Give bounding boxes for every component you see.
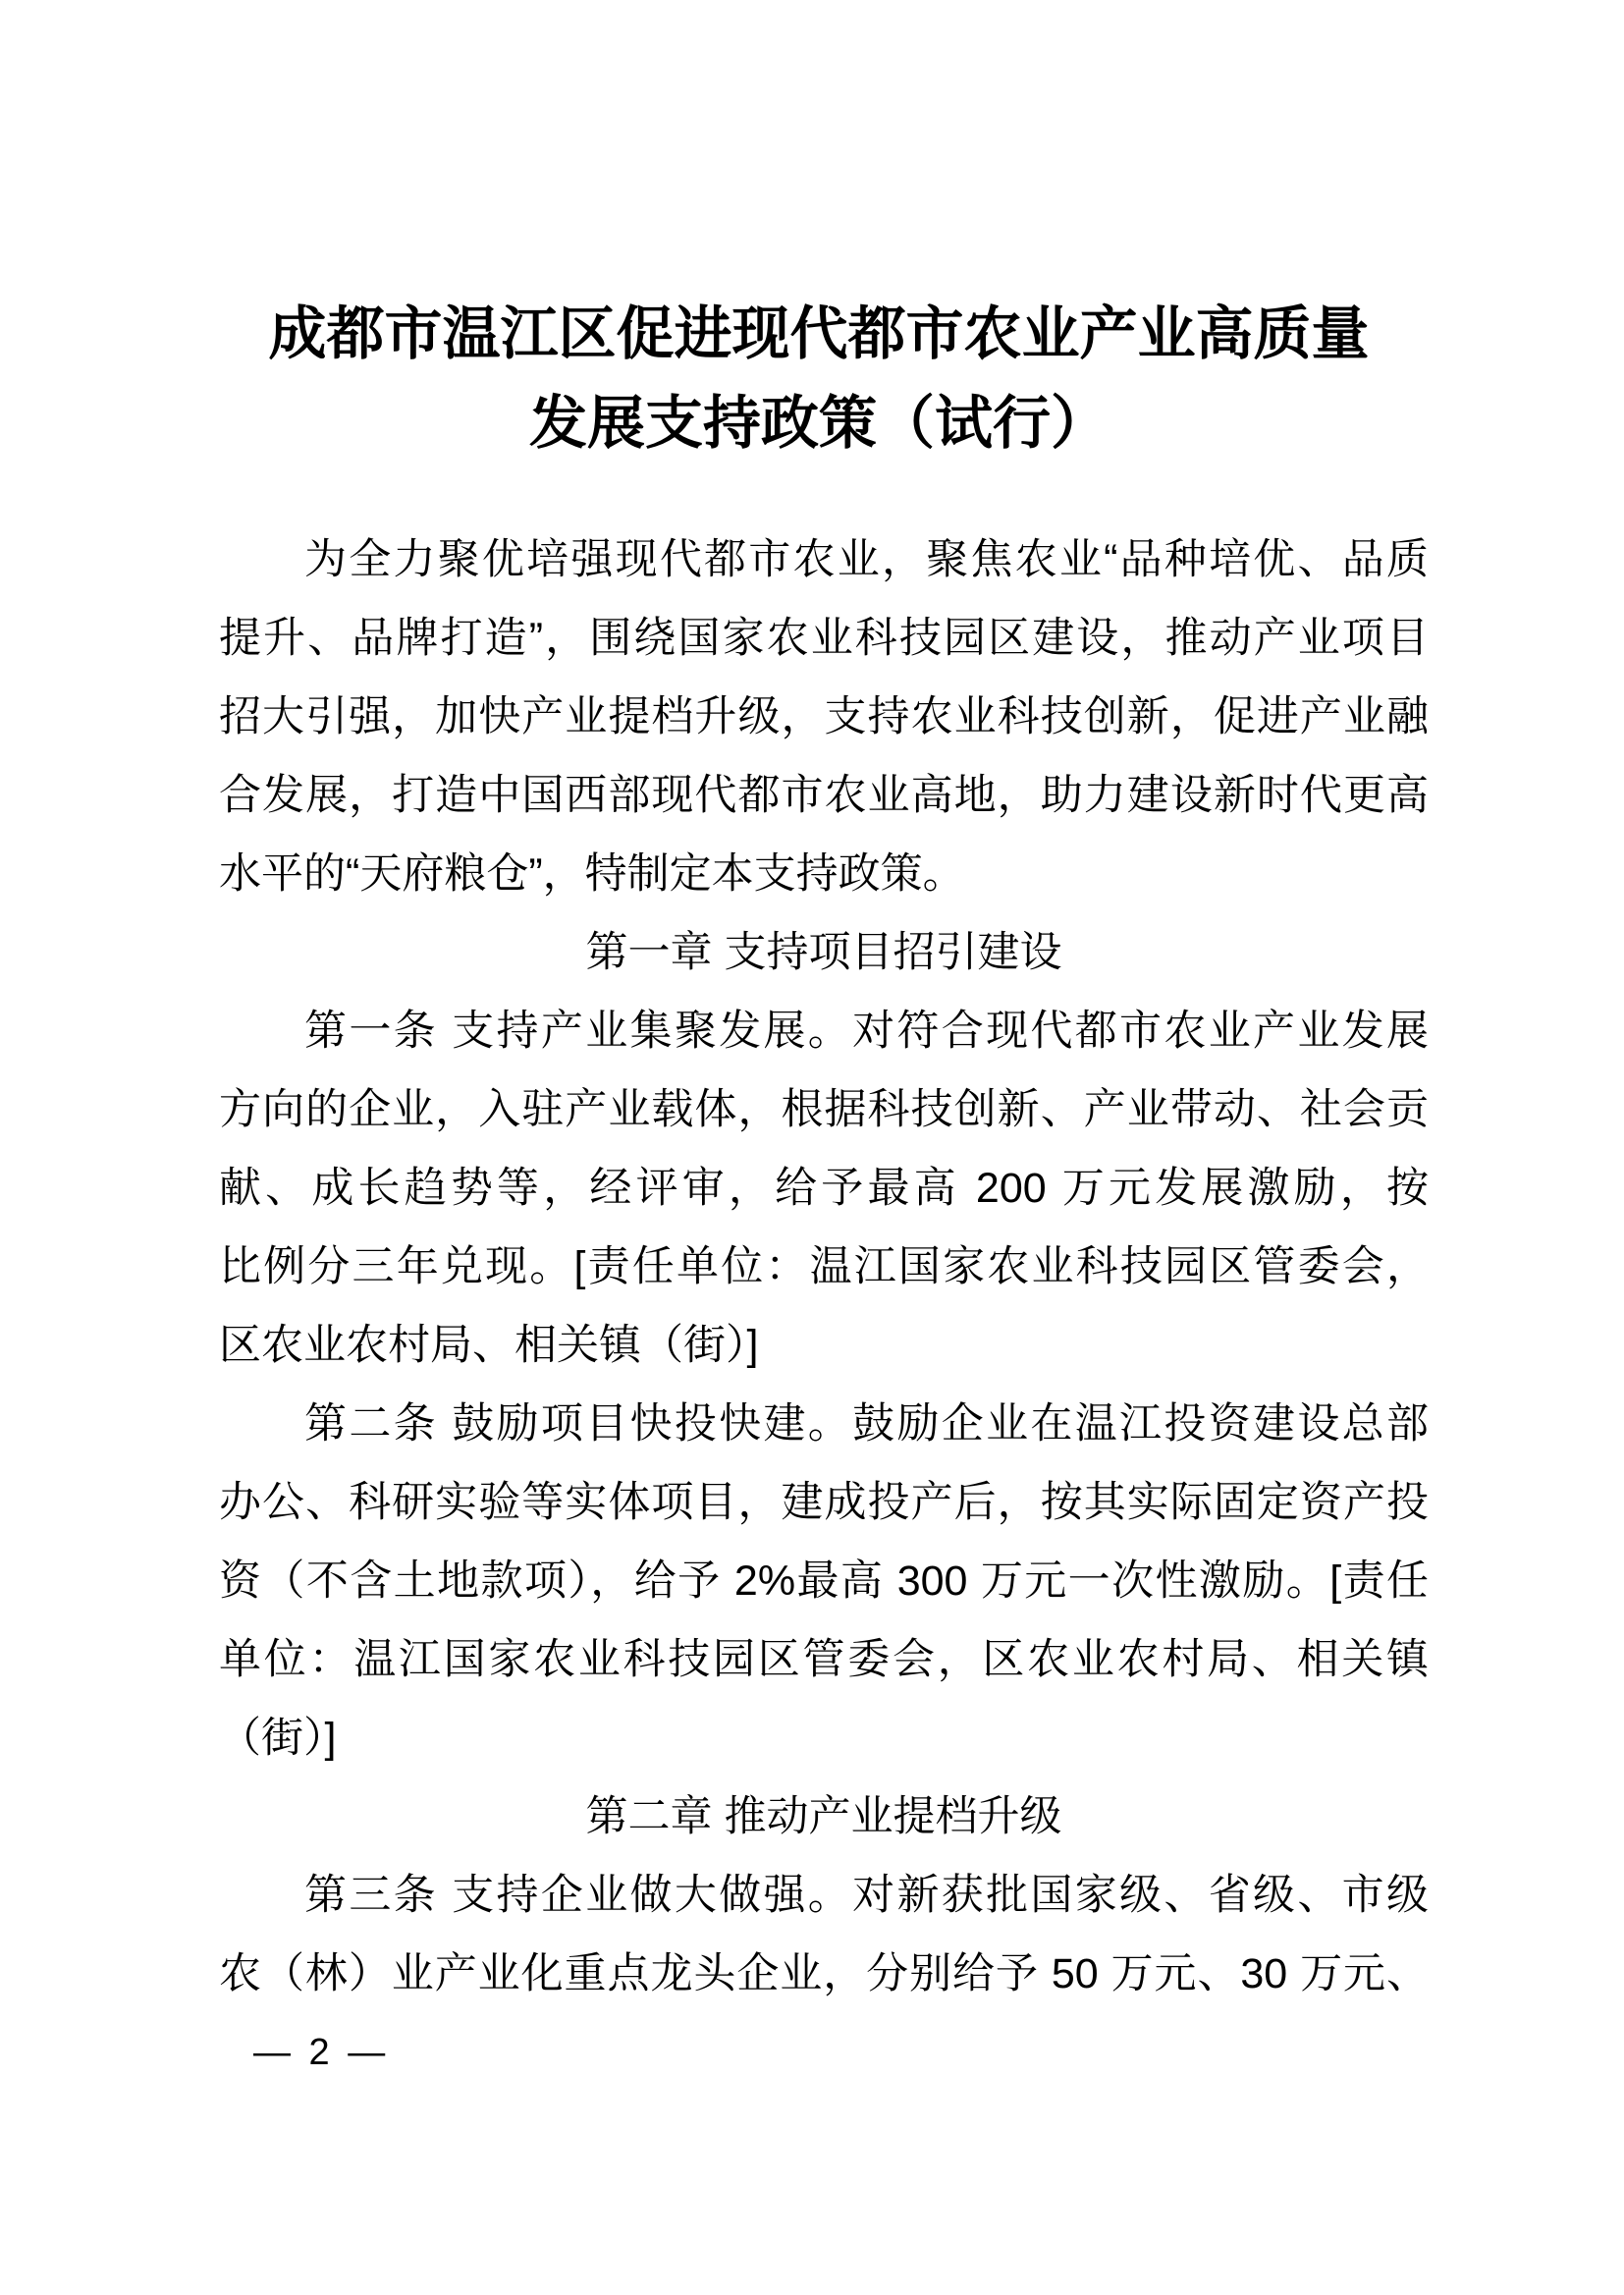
text-line: 合发展，打造中国西部现代都市农业高地，助力建设新时代更高 <box>219 756 1429 835</box>
text-line: 第二条 鼓励项目快投快建。鼓励企业在温江投资建设总部 <box>219 1385 1429 1463</box>
text-line: 招大引强，加快产业提档升级，支持农业科技创新，促进产业融 <box>219 678 1429 756</box>
text-line: 资（不含土地款项），给予 2%最高 300 万元一次性激励。[责任 <box>219 1542 1429 1620</box>
text-line: 提升、品牌打造”，围绕国家农业科技园区建设，推动产业项目 <box>219 599 1429 678</box>
document-title-line-2: 发展支持政策（试行） <box>219 379 1419 468</box>
document-title-line-1: 成都市温江区促进现代都市农业产业高质量 <box>219 290 1419 379</box>
text-line: 方向的企业，入驻产业载体，根据科技创新、产业带动、社会贡 <box>219 1070 1429 1149</box>
text-line: 农（林）业产业化重点龙头企业，分别给予 50 万元、30 万元、 <box>219 1935 1429 2013</box>
text-line: 为全力聚优培强现代都市农业，聚焦农业“品种培优、品质 <box>219 520 1429 599</box>
document-body: 为全力聚优培强现代都市农业，聚焦农业“品种培优、品质提升、品牌打造”，围绕国家农… <box>219 520 1429 2013</box>
page-number: — 2 — <box>253 2031 389 2074</box>
text-line: 区农业农村局、相关镇（街）] <box>219 1306 1429 1385</box>
text-line: （街）] <box>219 1699 1429 1777</box>
text-line: 第二章 推动产业提档升级 <box>219 1777 1429 1856</box>
document-page: 成都市温江区促进现代都市农业产业高质量 发展支持政策（试行） 为全力聚优培强现代… <box>0 0 1624 2295</box>
text-line: 献、成长趋势等，经评审，给予最高 200 万元发展激励，按 5:3:2 <box>219 1149 1429 1228</box>
text-line: 单位：温江国家农业科技园区管委会，区农业农村局、相关镇 <box>219 1620 1429 1699</box>
text-line: 第三条 支持企业做大做强。对新获批国家级、省级、市级 <box>219 1856 1429 1935</box>
text-line: 水平的“天府粮仓”，特制定本支持政策。 <box>219 835 1429 913</box>
document-title: 成都市温江区促进现代都市农业产业高质量 发展支持政策（试行） <box>219 290 1419 468</box>
text-line: 办公、科研实验等实体项目，建成投产后，按其实际固定资产投 <box>219 1463 1429 1542</box>
text-line: 第一章 支持项目招引建设 <box>219 913 1429 992</box>
text-line: 第一条 支持产业集聚发展。对符合现代都市农业产业发展 <box>219 992 1429 1070</box>
text-line: 比例分三年兑现。[责任单位：温江国家农业科技园区管委会， <box>219 1228 1429 1306</box>
